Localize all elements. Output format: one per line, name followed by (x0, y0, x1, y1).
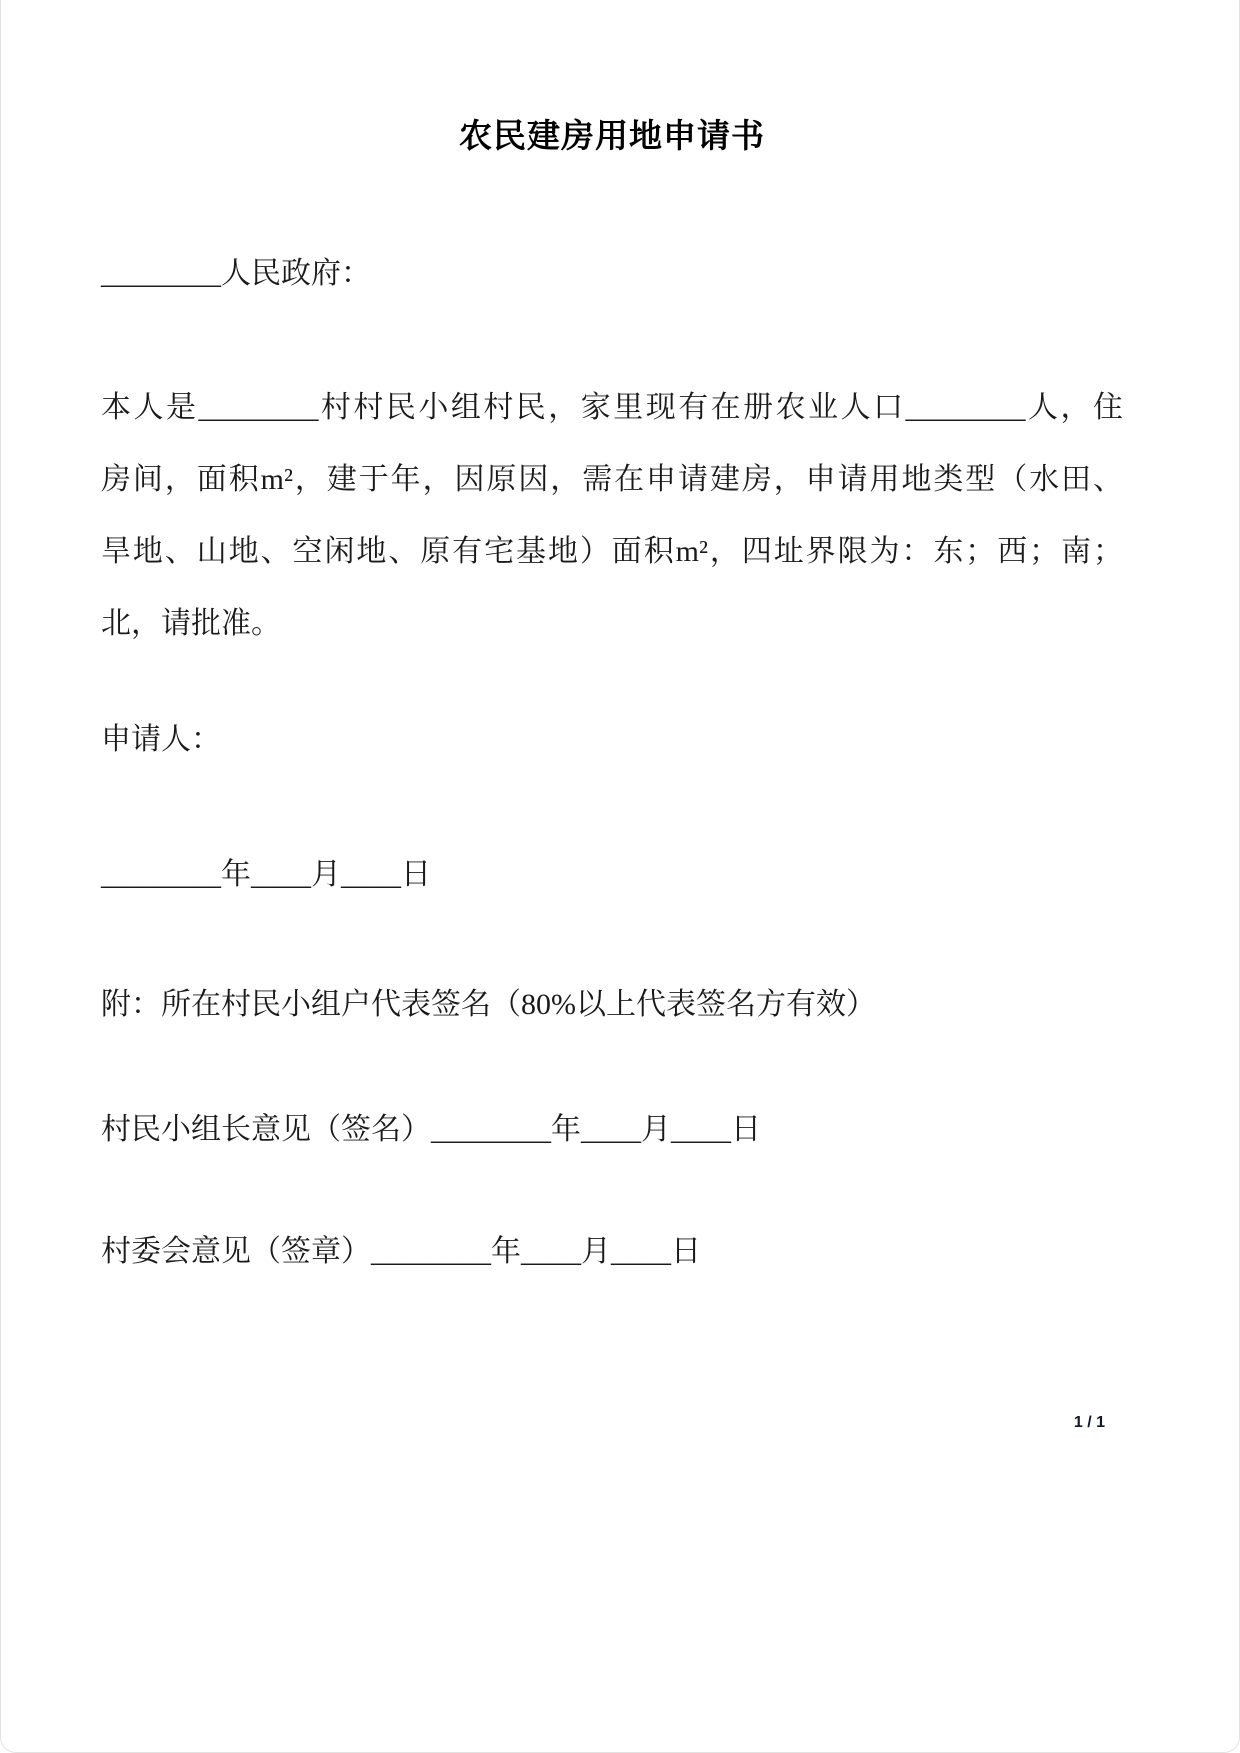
page-number-indicator: 1 / 1 (1074, 1414, 1105, 1432)
body-line-4: 北，请批准。 (101, 588, 1123, 660)
page-title: 农民建房用地申请书 (101, 112, 1123, 160)
village-committee-opinion-line: 村委会意见（签章）________年____月____日 (101, 1230, 1123, 1274)
attachment-note: 附：所在村民小组户代表签名（80%以上代表签名方有效） (101, 983, 1123, 1027)
body-paragraph: 本人是________村村民小组村民，家里现有在册农业人口________人，住… (101, 372, 1123, 660)
date-blank-line: ________年____月____日 (101, 853, 1123, 897)
salutation-line: ________人民政府： (101, 252, 1123, 296)
body-line-2: 房间，面积m²，建于年，因原因，需在申请建房，申请用地类型（水田、 (101, 444, 1123, 516)
applicant-label: 申请人： (101, 718, 1123, 762)
document-page: 农民建房用地申请书 ________人民政府： 本人是________村村民小组… (0, 0, 1240, 1753)
group-leader-opinion-line: 村民小组长意见（签名）________年____月____日 (101, 1108, 1123, 1152)
body-line-1: 本人是________村村民小组村民，家里现有在册农业人口________人，住 (101, 372, 1123, 444)
body-line-3: 旱地、山地、空闲地、原有宅基地）面积m²，四址界限为：东；西；南； (101, 516, 1123, 588)
